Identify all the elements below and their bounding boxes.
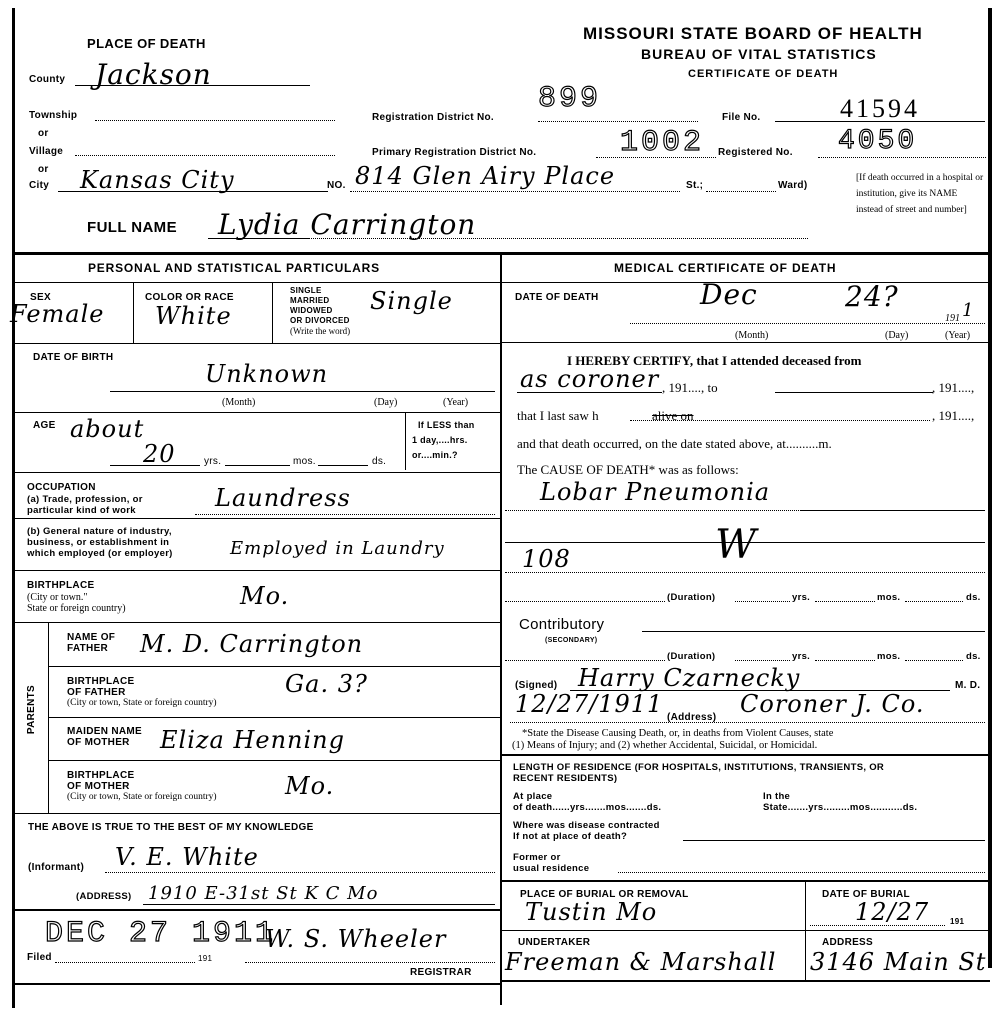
duration-yrs-2: yrs.: [792, 651, 810, 662]
father-name-divider: [49, 666, 500, 667]
occupation-divider: [14, 518, 500, 519]
undertaker-address-value: 3146 Main St: [810, 948, 986, 976]
mother-birthplace-3: (City or town, State or foreign country): [67, 792, 217, 803]
secondary-label: (SECONDARY): [545, 635, 597, 646]
burial-row-divider: [502, 930, 990, 931]
personal-section-title: PERSONAL AND STATISTICAL PARTICULARS: [88, 261, 380, 275]
or-label-2: or: [38, 164, 49, 175]
medical-row1-divider: [502, 342, 990, 343]
informant-line: [105, 872, 495, 873]
date-of-death-label: DATE OF DEATH: [515, 292, 599, 303]
married-label: MARRIED: [290, 296, 350, 306]
single-label: SINGLE: [290, 286, 350, 296]
contributory-label: Contributory: [519, 617, 604, 633]
dob-value: Unknown: [205, 360, 328, 388]
age-prefix: about: [70, 415, 144, 443]
dob-year-label: (Year): [443, 397, 468, 408]
father-birthplace-value: Ga. 3?: [285, 670, 368, 698]
attended-value: as coroner: [520, 365, 659, 393]
occupation-row-divider: [14, 570, 500, 571]
cause-value: Lobar Pneumonia: [540, 478, 770, 506]
age-mos-label: mos.: [293, 456, 316, 467]
registrar-label: REGISTRAR: [410, 967, 472, 978]
section-title-divider: [14, 282, 990, 283]
occupation-b-1: (b) General nature of industry,: [27, 526, 172, 537]
less-than-2: 1 day,....hrs.: [412, 435, 468, 446]
occupation-a-1: (a) Trade, profession, or: [27, 494, 143, 505]
duration-label-1: (Duration): [667, 592, 715, 603]
file-no-value: 41594: [840, 94, 920, 124]
occupation-b-3: which employed (or employer): [27, 548, 173, 559]
father-birthplace-2: OF FATHER: [67, 687, 126, 698]
less-than-1: If LESS than: [418, 420, 475, 431]
occupation-b-value: Employed in Laundry: [230, 538, 445, 559]
duration-mos-2: mos.: [877, 651, 900, 662]
burial-date-line: [810, 925, 945, 926]
burial-date-value: 12/27: [855, 898, 929, 926]
mother-birthplace-2: OF MOTHER: [67, 781, 130, 792]
signed-date: 12/27/1911: [515, 690, 663, 718]
occupation-a-line: [195, 514, 495, 515]
former-line: [618, 872, 985, 873]
st-label: St.;: [686, 180, 703, 191]
death-date-line: [630, 323, 985, 324]
age-ds-line: [318, 465, 368, 466]
registrar-line: [245, 962, 495, 963]
duration-mos-1: mos.: [877, 592, 900, 603]
registered-no-value: 4050: [838, 126, 917, 157]
physician-address-value: Coroner J. Co.: [740, 690, 925, 718]
undertaker-label: UNDERTAKER: [518, 937, 590, 948]
md-label: M. D.: [955, 680, 980, 691]
dob-line: [110, 391, 495, 392]
right-border: [988, 8, 992, 968]
ward-line: [706, 191, 776, 192]
birthplace-sub1: (City or town.": [27, 592, 87, 603]
residence-title-2: RECENT RESIDENTS): [513, 773, 617, 784]
certify-line-2a: , 191...., to: [662, 380, 718, 396]
duration-ds-1: ds.: [966, 592, 981, 603]
age-divider: [405, 413, 406, 470]
registered-no-label: Registered No.: [718, 147, 793, 158]
former-2: usual residence: [513, 863, 589, 874]
to-line: [775, 392, 933, 393]
birthplace-sub2: State or foreign country): [27, 603, 126, 614]
father-name-label-2: FATHER: [67, 643, 108, 654]
signed-value: Harry Czarnecky: [578, 664, 800, 692]
duration-ds-line-1: [905, 601, 963, 602]
burial-date-year: 191: [950, 916, 964, 927]
parents-side-divider: [48, 623, 49, 813]
county-value: Jackson: [95, 58, 212, 91]
filed-label: Filed: [27, 952, 52, 963]
registration-district-label: Registration District No.: [372, 112, 494, 123]
death-day-label: (Day): [885, 330, 908, 341]
sex-color-divider: [133, 283, 134, 343]
county-line: [75, 85, 310, 86]
cause-line-1-solid: [800, 510, 985, 511]
informant-address-label: (ADDRESS): [76, 891, 131, 902]
certify-line-4: and that death occurred, on the date sta…: [517, 436, 832, 452]
row2-divider: [14, 412, 500, 413]
occupation-a-2: particular kind of work: [27, 505, 136, 516]
registered-no-line: [818, 157, 986, 158]
left-border: [12, 8, 15, 1008]
age-value: 20: [143, 440, 176, 468]
filed-line: [55, 962, 195, 963]
cause-check-mark: W: [715, 522, 757, 568]
informant-bottom-divider: [14, 909, 500, 911]
place-of-death-heading: PLACE OF DEATH: [87, 38, 206, 50]
dob-label: DATE OF BIRTH: [33, 352, 113, 363]
duration-mos-line-1: [815, 601, 875, 602]
footnote-2: (1) Means of Injury; and (2) whether Acc…: [512, 740, 817, 751]
dob-day-label: (Day): [374, 397, 397, 408]
mother-birthplace-value: Mo.: [285, 772, 334, 800]
primary-registration-line: [596, 157, 716, 158]
duration-label-2: (Duration): [667, 651, 715, 662]
occupation-a-value: Laundress: [215, 484, 351, 512]
filed-year-prefix: 191: [198, 953, 212, 964]
hospital-note: [If death occurred in a hospital or inst…: [856, 170, 986, 218]
death-year-value: 1: [962, 300, 974, 321]
county-label: County: [29, 74, 65, 85]
filed-stamp: DEC 27 1911: [45, 917, 276, 951]
physician-address-line: [510, 722, 985, 723]
undertaker-address-label: ADDRESS: [822, 937, 873, 948]
full-name-value: Lydia Carrington: [218, 208, 476, 241]
at-place-1: At place: [513, 791, 552, 802]
full-name-line: [208, 238, 308, 239]
city-line: [58, 191, 328, 192]
informant-address-value: 1910 E-31st St K C Mo: [148, 883, 378, 904]
sex-value: Female: [10, 300, 105, 328]
primary-registration-value: 1002: [620, 126, 704, 160]
contracted-1: Where was disease contracted: [513, 820, 660, 831]
father-birthplace-1: BIRTHPLACE: [67, 676, 134, 687]
informant-label: (Informant): [28, 862, 84, 873]
registration-district-line: [538, 121, 698, 122]
cause-line-3: [505, 572, 985, 573]
in-state-2: State.......yrs.........mos...........ds…: [763, 802, 917, 813]
duration-ds-2: ds.: [966, 651, 981, 662]
father-birthplace-3: (City or town, State or foreign country): [67, 698, 217, 709]
color-value: White: [155, 302, 232, 330]
street-value: 814 Glen Airy Place: [355, 162, 615, 190]
last-saw-line: [630, 420, 930, 421]
burial-divider: [805, 882, 806, 982]
city-label: City: [29, 180, 49, 191]
mother-birthplace-1: BIRTHPLACE: [67, 770, 134, 781]
marital-labels: SINGLE MARRIED WIDOWED OR DIVORCED (Writ…: [290, 286, 350, 336]
file-no-label: File No.: [722, 112, 761, 123]
row1-divider: [14, 343, 500, 344]
cause-code: 108: [522, 545, 571, 573]
birthplace-label: BIRTHPLACE: [27, 580, 94, 591]
mother-name-2: OF MOTHER: [67, 737, 130, 748]
medical-section-title: MEDICAL CERTIFICATE OF DEATH: [614, 261, 836, 275]
registration-district-value: 899: [538, 82, 601, 116]
write-word-label: (Write the word): [290, 326, 350, 336]
informant-statement: THE ABOVE IS TRUE TO THE BEST OF MY KNOW…: [28, 822, 314, 833]
certify-line-2b: , 191....,: [932, 380, 974, 396]
less-than-3: or....min.?: [412, 450, 458, 461]
registrar-signature: W. S. Wheeler: [265, 925, 446, 953]
full-name-label: FULL NAME: [87, 222, 177, 234]
birthplace-value: Mo.: [240, 582, 289, 610]
mother-name-value: Eliza Henning: [160, 726, 345, 754]
informant-value: V. E. White: [115, 843, 259, 871]
death-year-label: (Year): [945, 330, 970, 341]
duration-line-1: [505, 601, 665, 602]
father-name-value: M. D. Carrington: [140, 630, 363, 658]
board-title: MISSOURI STATE BOARD OF HEALTH: [583, 24, 923, 44]
mother-name-divider: [49, 760, 500, 761]
burial-bottom-divider: [502, 980, 990, 982]
residence-bottom-divider: [502, 880, 990, 882]
township-line: [95, 120, 335, 121]
filed-bottom-divider: [14, 983, 500, 985]
or-label-1: or: [38, 128, 49, 139]
certify-line-3a: that I last saw h: [517, 408, 599, 424]
street-no-label: NO.: [327, 180, 346, 191]
village-line: [75, 155, 335, 156]
row3-divider: [14, 472, 500, 473]
color-marital-divider: [272, 283, 273, 343]
burial-place-value: Tustin Mo: [525, 898, 657, 926]
former-1: Former or: [513, 852, 561, 863]
marital-value: Single: [370, 287, 453, 315]
parents-label: PARENTS: [26, 685, 37, 734]
full-name-dotted: [308, 238, 808, 239]
mother-name-1: MAIDEN NAME: [67, 726, 142, 737]
township-label: Township: [29, 110, 77, 121]
top-section-divider: [14, 252, 990, 255]
divorced-label: OR DIVORCED: [290, 316, 350, 326]
age-label: AGE: [33, 420, 56, 431]
street-line: [350, 191, 680, 192]
at-place-2: of death......yrs.......mos.......ds.: [513, 802, 661, 813]
footnote-1: *State the Disease Causing Death, or, in…: [522, 728, 833, 739]
residence-title-1: LENGTH OF RESIDENCE (FOR HOSPITALS, INST…: [513, 762, 884, 773]
village-label: Village: [29, 146, 63, 157]
duration-line-2: [505, 660, 665, 661]
undertaker-value: Freeman & Marshall: [505, 948, 776, 976]
father-birthplace-divider: [49, 717, 500, 718]
contracted-2: If not at place of death?: [513, 831, 627, 842]
contributory-line: [642, 631, 985, 632]
occupation-label: OCCUPATION: [27, 482, 96, 493]
duration-yrs-line-2: [735, 660, 790, 661]
center-divider: [500, 255, 502, 1005]
certify-struck: alive on: [652, 408, 694, 424]
duration-ds-line-2: [905, 660, 963, 661]
parents-bottom-divider: [14, 813, 500, 814]
certify-line-3b: , 191....,: [932, 408, 974, 424]
file-no-line: [775, 121, 985, 122]
contracted-line: [683, 840, 985, 841]
duration-mos-line-2: [815, 660, 875, 661]
dob-month-label: (Month): [222, 397, 255, 408]
in-state-1: In the: [763, 791, 790, 802]
city-value: Kansas City: [80, 166, 235, 194]
cause-label: The CAUSE OF DEATH* was as follows:: [517, 462, 739, 478]
age-yrs-label: yrs.: [204, 456, 221, 467]
informant-address-line: [143, 904, 495, 905]
occupation-b-2: business, or establishment in: [27, 537, 169, 548]
ward-label: Ward): [778, 180, 807, 191]
age-yrs-line: [110, 465, 200, 466]
death-month-value: Dec: [700, 278, 758, 311]
age-mos-line: [225, 465, 290, 466]
widowed-label: WIDOWED: [290, 306, 350, 316]
duration-yrs-line-1: [735, 601, 790, 602]
age-ds-label: ds.: [372, 456, 386, 467]
birthplace-divider: [14, 622, 500, 623]
bureau-title: BUREAU OF VITAL STATISTICS: [641, 46, 877, 62]
death-day-value: 24?: [845, 280, 899, 313]
duration-yrs-1: yrs.: [792, 592, 810, 603]
death-month-label: (Month): [735, 330, 768, 341]
primary-registration-label: Primary Registration District No.: [372, 147, 536, 158]
certificate-title: CERTIFICATE OF DEATH: [688, 68, 838, 80]
medical-bottom-divider: [502, 754, 990, 756]
father-name-label-1: NAME OF: [67, 632, 115, 643]
attended-line: [517, 392, 662, 393]
